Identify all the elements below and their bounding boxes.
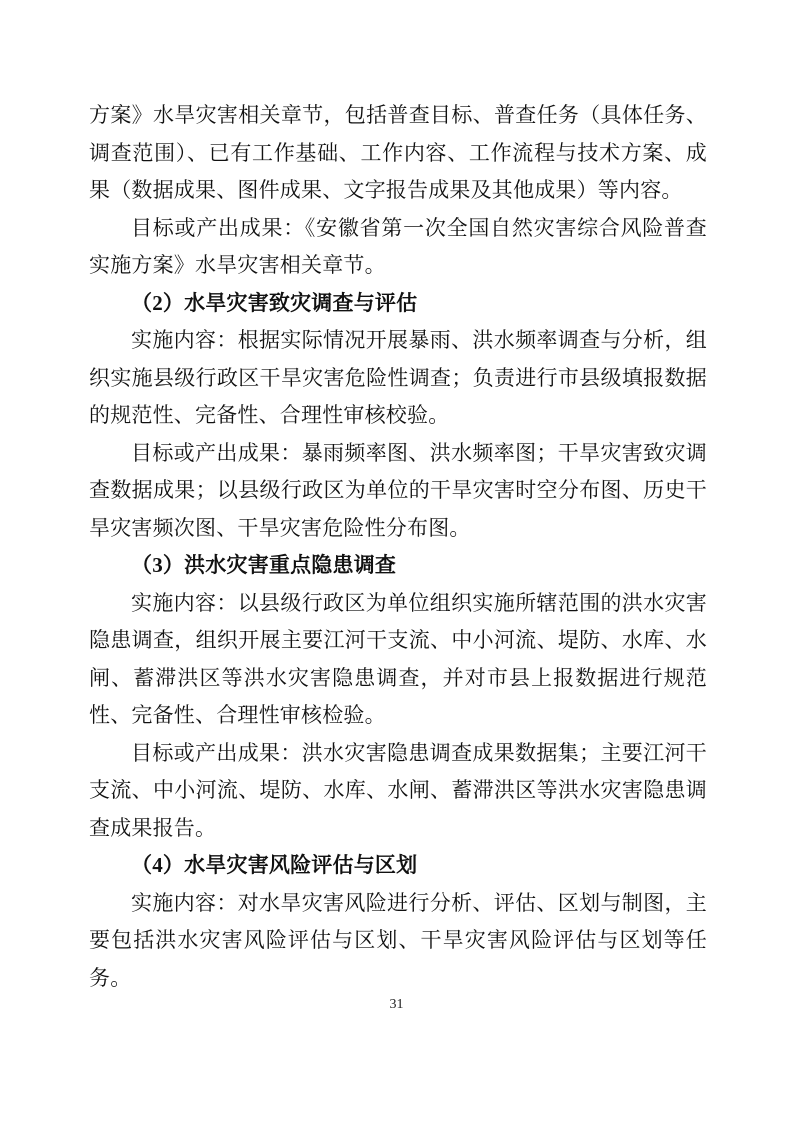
paragraph-implementation: 实施内容：根据实际情况开展暴雨、洪水频率调查与分析，组织实施县级行政区干旱灾害危… (89, 322, 707, 435)
section-heading-2: （2）水旱灾害致灾调查与评估 (89, 285, 707, 323)
paragraph-continuation: 方案》水旱灾害相关章节，包括普查目标、普查任务（具体任务、调查范围）、已有工作基… (89, 97, 707, 210)
paragraph-goal-output: 目标或产出成果：洪水灾害隐患调查成果数据集；主要江河干支流、中小河流、堤防、水库… (89, 735, 707, 848)
paragraph-goal-output: 目标或产出成果：《安徽省第一次全国自然灾害综合风险普查实施方案》水旱灾害相关章节… (89, 210, 707, 285)
page-content: 方案》水旱灾害相关章节，包括普查目标、普查任务（具体任务、调查范围）、已有工作基… (89, 97, 707, 997)
section-heading-3: （3）洪水灾害重点隐患调查 (89, 547, 707, 585)
document-page: 方案》水旱灾害相关章节，包括普查目标、普查任务（具体任务、调查范围）、已有工作基… (0, 0, 793, 1122)
paragraph-implementation: 实施内容：以县级行政区为单位组织实施所辖范围的洪水灾害隐患调查，组织开展主要江河… (89, 585, 707, 735)
paragraph-goal-output: 目标或产出成果：暴雨频率图、洪水频率图；干旱灾害致灾调查数据成果；以县级行政区为… (89, 435, 707, 548)
paragraph-implementation: 实施内容：对水旱灾害风险进行分析、评估、区划与制图，主要包括洪水灾害风险评估与区… (89, 885, 707, 998)
section-heading-4: （4）水旱灾害风险评估与区划 (89, 847, 707, 885)
page-number: 31 (0, 997, 793, 1013)
